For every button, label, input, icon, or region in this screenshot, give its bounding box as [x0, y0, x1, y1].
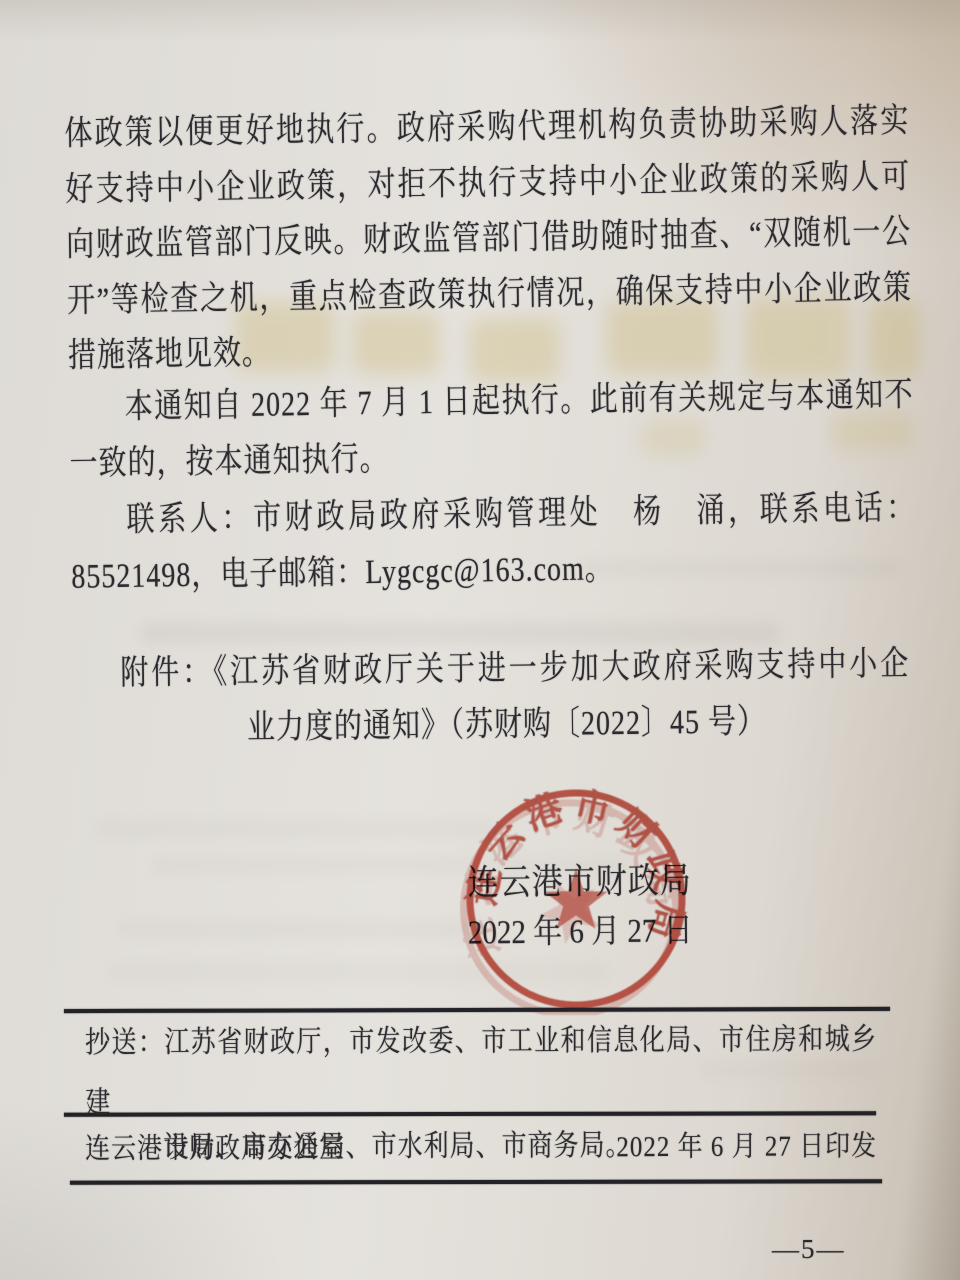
scanned-document-page: 体政策以便更好地执行。政府采购代理机构负责协助采购人落实 好支持中小企业政策，对… — [0, 0, 960, 1280]
footer-block: 连云港市财政局办公室 2022 年 6 月 27 日印发 — [85, 1127, 877, 1170]
bleed-through-artifact — [95, 820, 495, 838]
footer-office: 连云港市财政局办公室 — [85, 1126, 345, 1173]
body-text-block: 体政策以便更好地执行。政府采购代理机构负责协助采购人落实 好支持中小企业政策，对… — [64, 94, 917, 637]
page-number: —5— — [772, 1234, 846, 1265]
attachment-line: 业力度的通知》（苏财购〔2022〕45 号） — [65, 686, 911, 764]
body-paragraph: 体政策以便更好地执行。政府采购代理机构负责协助采购人落实 好支持中小企业政策，对… — [64, 94, 913, 385]
attachment-block: 附件：《江苏省财政厅关于进一步加大政府采购支持中小企 业力度的通知》（苏财购〔2… — [64, 637, 910, 758]
separator-rule-bottom — [70, 1179, 882, 1184]
official-seal: 连云港市财政局 — [460, 783, 692, 1015]
footer-print-date: 2022 年 6 月 27 日印发 — [616, 1124, 877, 1171]
body-paragraph: 本通知自 2022 年 7 月 1 日起执行。此前有关规定与本通知不 一致的，按… — [68, 368, 915, 492]
seal-ghost-impression — [460, 783, 692, 1015]
body-line: 85521498，电子邮箱：Lygcgc@163.com。 — [71, 530, 917, 611]
body-paragraph: 联系人：市财政局政府采购管理处 杨 涌，联系电话： 85521498，电子邮箱：… — [70, 481, 917, 605]
